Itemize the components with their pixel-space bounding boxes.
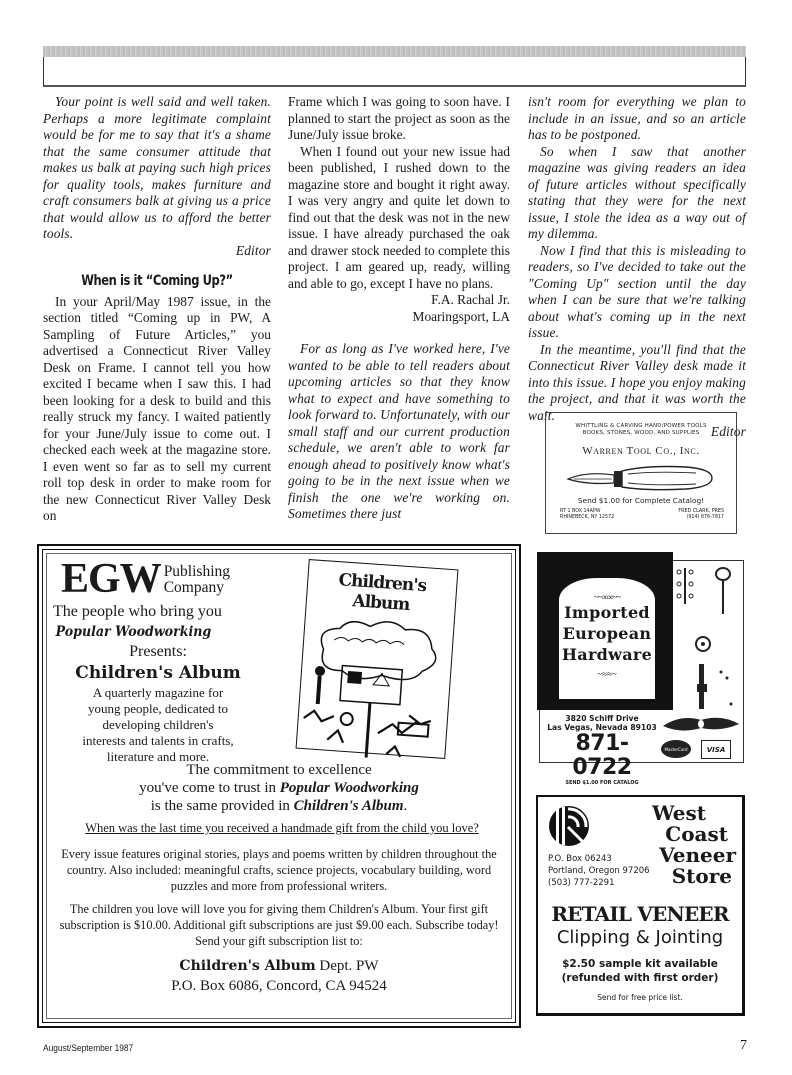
egw-commitment-product: Children's Album <box>294 798 404 814</box>
letter-continued: Frame which I was going to soon have. I … <box>288 94 510 144</box>
egw-intro: The people who bring you <box>43 602 273 622</box>
warren-tagline: WHITTLING & CARVING HAND/POWER TOOLS BOO… <box>546 423 736 437</box>
header-box <box>43 57 746 87</box>
hardware-phone: 871-0722 <box>547 732 657 780</box>
ad-european-hardware: ~~∞∞~~ Imported European Hardware ~≈≈~ 3… <box>537 552 744 763</box>
warren-company: Warren Tool Co., Inc. <box>546 445 736 457</box>
warren-tagline-1: WHITTLING & CARVING HAND/POWER TOOLS <box>546 423 736 430</box>
wc-headline: RETAIL VENEER <box>538 903 742 925</box>
egw-address-name: Children's Album <box>179 958 315 974</box>
egw-period: . <box>404 798 408 814</box>
editor-reply-p3: Now I find that this is misleading to re… <box>528 243 746 342</box>
wc-kit-offer: $2.50 sample kit available <box>538 957 742 971</box>
editor-reply-2: For as long as I've worked here, I've wa… <box>288 341 510 523</box>
wc-kit-refund: (refunded with first order) <box>538 971 742 985</box>
hardware-sign: ~~∞∞~~ Imported European Hardware ~≈≈~ <box>559 578 655 699</box>
escutcheon-icon <box>661 712 741 734</box>
egw-commitment-magazine: Popular Woodworking <box>280 780 419 796</box>
egw-address: Children's Album Dept. PW P.O. Box 6086,… <box>39 956 519 996</box>
hardware-title-1: Imported <box>559 602 655 623</box>
visa-logo: VISA <box>701 740 731 759</box>
egw-desc-1: A quarterly magazine for <box>43 685 273 701</box>
wc-title-1: West <box>624 803 736 824</box>
column-1: Your point is well said and well taken. … <box>43 94 271 525</box>
carving-knife-icon <box>566 461 716 493</box>
egw-address-line: P.O. Box 6086, Concord, CA 94524 <box>39 976 519 996</box>
egw-logo: EGW Publishing Company <box>61 562 230 596</box>
hardware-sign-background: ~~∞∞~~ Imported European Hardware ~≈≈~ <box>537 552 673 710</box>
egw-question: When was the last time you received a ha… <box>59 820 505 836</box>
warren-offer: Send $1.00 for Complete Catalog! <box>546 496 736 505</box>
warren-tagline-2: BOOKS, STONES, WOOD, AND SUPPLIES <box>546 430 736 437</box>
egw-presents: Presents: <box>43 642 273 661</box>
mastercard-logo: MasterCard <box>661 740 691 758</box>
wc-address-1: P.O. Box 06243 <box>548 853 650 865</box>
egw-magazine-name: Popular Woodworking <box>43 622 250 642</box>
letter-body: In your April/May 1987 issue, in the sec… <box>43 294 271 525</box>
egw-logo-letters: EGW <box>61 562 161 596</box>
letter-location: Moaringsport, LA <box>288 309 510 326</box>
column-2: Frame which I was going to soon have. I … <box>288 94 510 523</box>
treehouse-illustration-icon <box>296 608 452 768</box>
warren-address-2: RHINEBECK, NY 12572 <box>560 515 614 521</box>
veneer-logo-icon <box>548 805 590 847</box>
footer-issue-date: August/September 1987 <box>43 1043 133 1054</box>
egw-desc-4: interests and talents in crafts, <box>43 733 273 749</box>
wc-phone: (503) 777-2291 <box>548 877 650 889</box>
editor-reply-1: Your point is well said and well taken. … <box>43 94 271 243</box>
magazine-cover-image: Children's Album <box>296 559 459 759</box>
header-rule <box>43 46 746 57</box>
egw-logo-publishing: Publishing <box>164 564 230 580</box>
egw-logo-company: Company <box>164 580 230 596</box>
letter-author: F.A. Rachal Jr. <box>288 292 510 309</box>
egw-desc-2: young people, dedicated to <box>43 701 273 717</box>
egw-product-name: Children's Album <box>43 661 273 685</box>
page-number: 7 <box>740 1038 747 1054</box>
ad-west-coast-veneer: West Coast Veneer Store P.O. Box 06243 P… <box>536 795 745 1016</box>
egw-desc-3: developing children's <box>43 717 273 733</box>
egw-body-1: Every issue features original stories, p… <box>49 846 509 894</box>
hardware-title-2: European <box>559 623 655 644</box>
letter-headline: When is it “Coming Up?” <box>64 273 251 290</box>
egw-commitment-1: The commitment to excellence <box>39 761 519 779</box>
ornament-icon: ~≈≈~ <box>559 669 655 679</box>
wc-address-2: Portland, Oregon 97206 <box>548 865 650 877</box>
hardware-street: 3820 Schiff Drive <box>547 714 657 723</box>
ornament-icon: ~~∞∞~~ <box>559 592 655 602</box>
ad-warren-tool: WHITTLING & CARVING HAND/POWER TOOLS BOO… <box>545 412 737 534</box>
egw-commitment-3: is the same provided in <box>151 798 294 814</box>
wc-title-2: Coast <box>624 824 736 845</box>
letter-paragraph-2: When I found out your new issue had been… <box>288 144 510 293</box>
egw-body-2: The children you love will love you for … <box>49 901 509 949</box>
editor-reply-p2: So when I saw that another magazine was … <box>528 144 746 243</box>
editor-signature-1: Editor <box>43 243 271 260</box>
hinge-key-hardware-icon <box>675 564 741 714</box>
hardware-title-3: Hardware <box>559 644 655 665</box>
egw-address-dept: Dept. PW <box>316 958 379 974</box>
hardware-catalog: SEND $1.00 FOR CATALOG <box>547 780 657 786</box>
warren-phone: (914) 876-7817 <box>678 515 724 521</box>
column-3: isn't room for everything we plan to inc… <box>528 94 746 441</box>
ad-childrens-album: EGW Publishing Company The people who br… <box>37 544 521 1028</box>
wc-subhead: Clipping & Jointing <box>538 927 742 949</box>
editor-reply-continued: isn't room for everything we plan to inc… <box>528 94 746 144</box>
wc-price-list: Send for free price list. <box>538 993 742 1002</box>
egw-commitment-2: you've come to trust in <box>139 780 280 796</box>
